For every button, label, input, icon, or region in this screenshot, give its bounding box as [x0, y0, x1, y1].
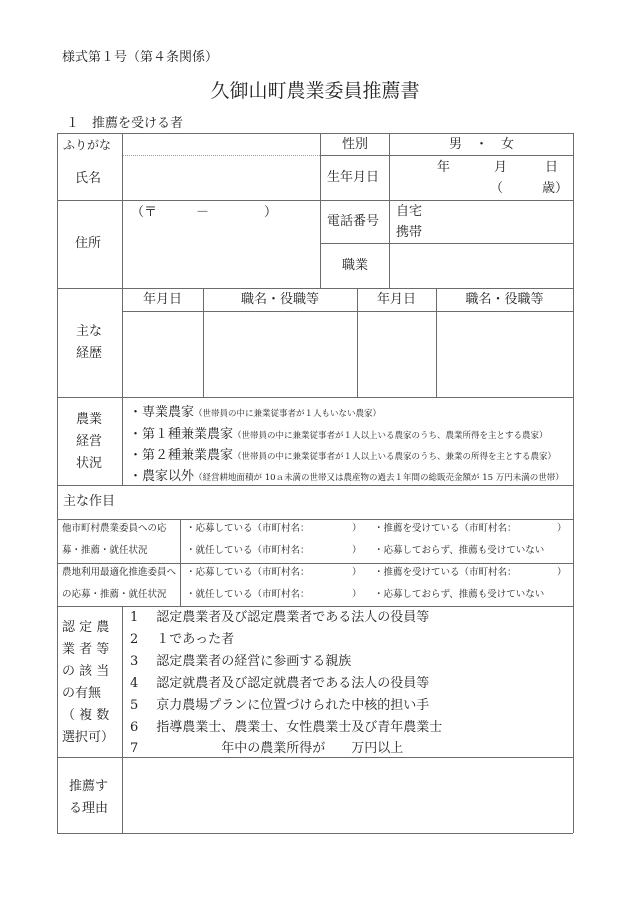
land-committee-recommended[interactable]: ・推薦を受けている（市町村名： — [374, 568, 517, 578]
furigana-input[interactable] — [124, 135, 318, 154]
certified-item[interactable]: 5京力農場プランに位置づけられた中核的担い手 — [130, 699, 429, 712]
land-committee-recommended-close: ） — [557, 568, 567, 578]
land-committee-applying[interactable]: ・応募している（市町村名： — [186, 568, 310, 578]
certified-label-4: の有無 — [62, 687, 101, 700]
value-column-divider — [389, 133, 390, 288]
farm-status-label-1: 農業 — [76, 413, 102, 426]
phone-mobile-label: 携帯 — [396, 226, 422, 239]
table-border-top — [57, 133, 573, 134]
farm-status-label-3: 状況 — [76, 457, 102, 470]
other-committee-recommended-close: ） — [557, 524, 567, 534]
reason-label-2: る理由 — [69, 802, 108, 815]
certified-item-num: 7 — [130, 741, 138, 756]
name-input[interactable] — [124, 157, 318, 198]
certified-item[interactable]: 1認定農業者及び認定農業者である法人の役員等 — [130, 611, 429, 624]
certified-item[interactable]: 4認定就農者及び認定就農者である法人の役員等 — [130, 677, 429, 690]
phone-input[interactable] — [430, 202, 571, 242]
certified-col-divider — [122, 606, 123, 833]
certified-item[interactable]: 7 年中の農業所得が 万円以上 — [130, 742, 403, 755]
certified-label-3: の 該 当 — [62, 665, 109, 678]
career-header-position-2: 職名・役職等 — [436, 293, 573, 306]
certified-item-text: 認定農業者の経営に参画する親族 — [156, 654, 351, 669]
other-committee-applying[interactable]: ・応募している（市町村名： — [186, 524, 310, 534]
address-input[interactable] — [124, 202, 318, 286]
certified-item-text: 年中の農業所得が 万円以上 — [156, 741, 403, 756]
career-header-bottom — [122, 311, 573, 312]
farm-status-option-type2[interactable]: ・第２種兼業農家（世帯員の中に兼業従事者が１人以上いる農家のうち、兼業の所得を主… — [129, 446, 556, 462]
land-committee-applying-close: ） — [352, 568, 362, 578]
crops-row-bottom — [57, 519, 573, 520]
land-committee-row-bottom — [57, 606, 573, 607]
land-committee-label-2: の応募・推薦・就任状況 — [62, 590, 167, 600]
farm-status-note: （世帯員の中に兼業従事者が１人以上いる農家のうち、農業所得を主とする農家） — [233, 431, 548, 441]
name-label: 氏名 — [75, 172, 101, 185]
phone-home-label: 自宅 — [396, 205, 422, 218]
other-committee-row-bottom — [57, 563, 573, 564]
farm-status-option-non-farm[interactable]: ・農家以外（経営耕地面積が 10ａ未満の世帯又は農産物の過去１年間の総販売金額が… — [129, 467, 564, 483]
certified-label-2: 業 者 等 — [62, 643, 109, 656]
gender-options[interactable]: 男 ・ 女 — [449, 138, 514, 151]
address-row-bottom — [57, 288, 573, 289]
furigana-dotted-line — [123, 155, 320, 156]
certified-label-6: 選択可） — [62, 731, 114, 744]
career-header-date-1: 年月日 — [122, 293, 203, 306]
farm-status-label-2: 経営 — [76, 435, 102, 448]
table-border-left — [57, 133, 58, 833]
farm-status-row-bottom — [57, 485, 573, 486]
career-date-input-2[interactable] — [359, 313, 435, 396]
career-header-position-1: 職名・役職等 — [203, 293, 357, 306]
certified-item-num: 5 — [130, 698, 138, 713]
farm-status-name: ・農家以外 — [129, 469, 194, 484]
career-date-input-1[interactable] — [124, 313, 202, 396]
page-title: 久御山町農業委員推薦書 — [0, 82, 630, 101]
certified-item[interactable]: 3認定農業者の経営に参画する親族 — [130, 655, 351, 668]
certified-item-num: 1 — [130, 610, 138, 625]
land-committee-serving-close: ） — [352, 590, 362, 600]
career-position-input-2[interactable] — [438, 313, 572, 396]
birthdate-label: 生年月日 — [327, 171, 379, 184]
certified-item-text: 指導農業士、農業士、女性農業士及び青年農業士 — [156, 720, 442, 735]
farm-status-name: ・第２種兼業農家 — [129, 448, 233, 463]
name-row-bottom — [57, 200, 573, 201]
land-committee-serving[interactable]: ・就任している（市町村名： — [186, 590, 310, 600]
occupation-input[interactable] — [391, 245, 571, 286]
farm-status-note: （世帯員の中に兼業従事者が１人もいない農家） — [194, 409, 381, 419]
farm-status-option-full-time[interactable]: ・専業農家（世帯員の中に兼業従事者が１人もいない農家） — [129, 403, 381, 419]
certified-item[interactable]: 2１であった者 — [130, 633, 234, 646]
other-committee-label-1: 他市町村農業委員への応 — [62, 524, 167, 534]
certified-item-num: 2 — [130, 632, 138, 647]
table-border-bottom — [57, 833, 573, 834]
farm-status-option-type1[interactable]: ・第１種兼業農家（世帯員の中に兼業従事者が１人以上いる農家のうち、農業所得を主と… — [129, 425, 548, 441]
form-number: 様式第１号（第４条関係） — [62, 51, 218, 64]
certified-label-5: （ 複 数 — [62, 709, 109, 722]
section-heading: １ 推薦を受ける者 — [66, 117, 183, 130]
certified-item-text: 認定農業者及び認定農業者である法人の役員等 — [156, 610, 429, 625]
farm-status-name: ・専業農家 — [129, 405, 194, 420]
certified-item-num: 3 — [130, 654, 138, 669]
label-column-divider — [122, 133, 123, 485]
certified-item-text: １であった者 — [156, 632, 234, 647]
main-crops-label: 主な作目 — [63, 495, 115, 508]
phone-label: 電話番号 — [327, 215, 379, 228]
land-committee-label-1: 農地利用最適化推進委員へ — [62, 568, 176, 578]
farm-status-note: （経営耕地面積が 10ａ未満の世帯又は農産物の過去１年間の総販売金額が 15 万… — [194, 473, 564, 483]
certified-label-1: 認 定 農 — [62, 621, 109, 634]
career-header-date-2: 年月日 — [357, 293, 436, 306]
certified-item[interactable]: 6指導農業士、農業士、女性農業士及び青年農業士 — [130, 721, 442, 734]
other-committee-applying-close: ） — [352, 524, 362, 534]
reason-label-1: 推薦す — [69, 780, 108, 793]
reason-input[interactable] — [124, 759, 572, 832]
career-label-line2: 経歴 — [76, 347, 102, 360]
other-committee-none[interactable]: ・応募しておらず、推薦も受けていない — [374, 546, 544, 556]
farm-status-name: ・第１種兼業農家 — [129, 427, 233, 442]
furigana-label: ふりがな — [63, 139, 111, 151]
certified-item-text: 京力農場プランに位置づけられた中核的担い手 — [156, 698, 429, 713]
birthdate-input[interactable] — [391, 157, 571, 198]
land-committee-none[interactable]: ・応募しておらず、推薦も受けていない — [374, 590, 544, 600]
address-label: 住所 — [75, 237, 101, 250]
main-crops-input[interactable] — [124, 487, 572, 518]
certified-item-num: 6 — [130, 720, 138, 735]
gender-label: 性別 — [342, 138, 368, 151]
farm-status-note: （世帯員の中に兼業従事者が１人以上いる農家のうち、兼業の所得を主とする農家） — [233, 452, 556, 462]
table-border-right — [573, 133, 574, 833]
career-label-line1: 主な — [76, 325, 102, 338]
other-committee-recommended[interactable]: ・推薦を受けている（市町村名： — [374, 524, 517, 534]
other-committee-serving-close: ） — [352, 546, 362, 556]
certified-row-bottom — [57, 757, 573, 758]
certified-item-num: 4 — [130, 676, 138, 691]
certified-item-text: 認定就農者及び認定就農者である法人の役員等 — [156, 676, 429, 691]
name-column-divider — [320, 133, 321, 288]
other-committee-label-2: 募・推薦・就任状況 — [62, 546, 148, 556]
other-committee-serving[interactable]: ・就任している（市町村名： — [186, 546, 310, 556]
occupation-label: 職業 — [342, 259, 368, 272]
career-position-input-1[interactable] — [205, 313, 356, 396]
phone-row-bottom — [320, 243, 573, 244]
career-row-bottom — [57, 397, 573, 398]
gender-row-divider — [320, 155, 573, 156]
